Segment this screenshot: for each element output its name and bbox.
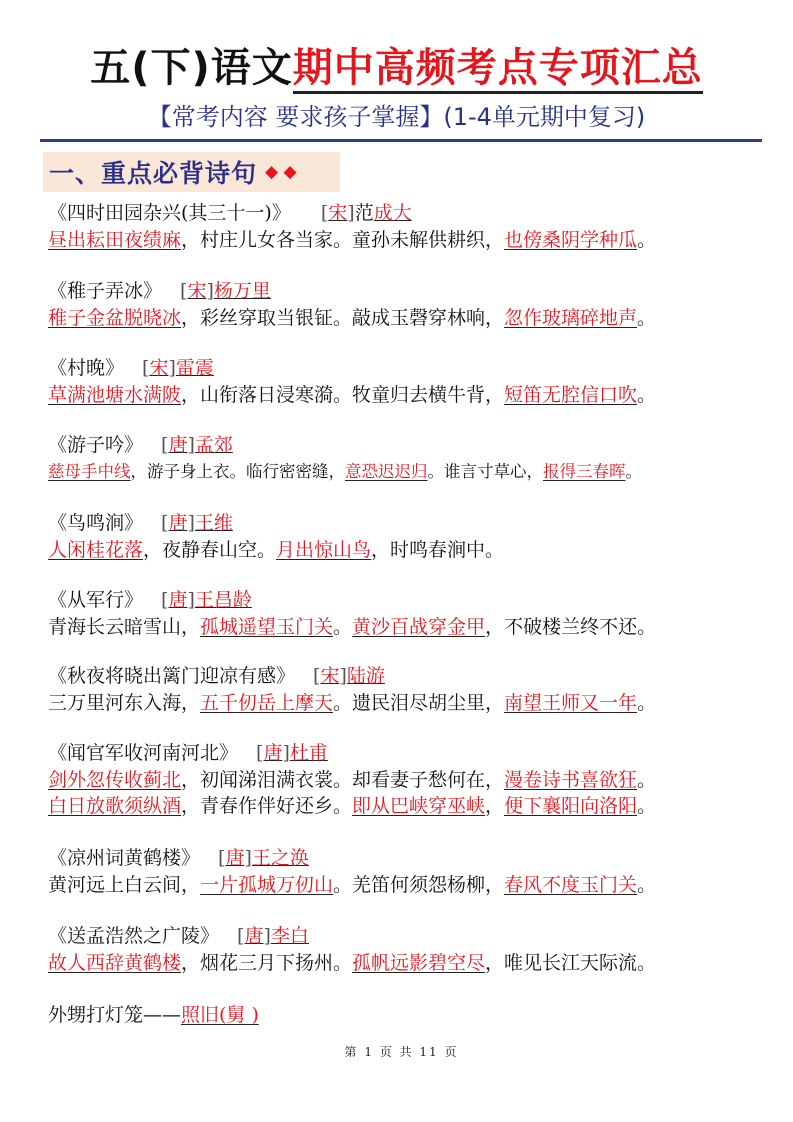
verse-text: 。 [333,616,352,638]
riddle-answer: 照旧(舅 ) [181,1004,259,1026]
title-topic: 期中高频考点专项汇总 [293,45,703,94]
key-verse: 漫卷诗书喜欲狂 [504,769,637,791]
verse-text: 。 [637,769,656,791]
poem-dynasty: 宋 [149,357,168,379]
poem-dynasty: 唐 [263,742,282,764]
key-verse: 故人西辞黄鹤楼 [48,952,181,974]
poem-line: 白日放歌须纵酒，青春作伴好还乡。即从巴峡穿巫峡，便下襄阳向洛阳。 [48,793,656,819]
verse-text: 。 [637,874,656,896]
poem-line: 青海长云暗雪山，孤城遥望玉门关。黄沙百战穿金甲，不破楼兰终不还。 [48,614,656,640]
key-verse: 春风不度玉门关 [504,874,637,896]
bracket: ] [347,202,354,224]
poem-line: 稚子金盆脱晓冰，彩丝穿取当银钲。敲成玉磬穿林响，忽作玻璃碎地声。 [48,305,656,331]
key-verse: 人闲桂花落 [48,539,143,561]
verse-text: ，夜静春山空。 [143,539,276,561]
key-verse: 月出惊山鸟 [276,539,371,561]
verse-text: 。 [637,229,656,251]
section-title: 一、重点必背诗句 [49,154,257,190]
page-subtitle: 【常考内容 要求孩子掌握】(1-4单元期中复习) [0,101,793,133]
riddle-question: 外甥打灯笼—— [48,1004,181,1026]
verse-text: ，村庄儿女各当家。童孙未解供耕织， [181,229,504,251]
poem-author: 陆游 [347,665,385,687]
key-verse: 也傍桑阴学种瓜 [504,229,637,251]
poem-author: 杜甫 [290,742,328,764]
poem-entry: 《稚子弄冰》[宋]杨万里稚子金盆脱晓冰，彩丝穿取当银钲。敲成玉磬穿林响，忽作玻璃… [48,278,656,331]
verse-text: ，时鸣春涧中。 [371,539,504,561]
bracket: ] [187,434,194,456]
key-verse: 报得三春晖 [543,462,626,481]
poem-entry: 《闻官军收河南河北》[唐]杜甫剑外忽传收蓟北，初闻涕泪满衣裳。却看妻子愁何在，漫… [48,740,656,819]
poem-title: 《闻官军收河南河北》 [48,742,238,764]
poem-heading: 《四时田园杂兴(其三十一)》[宋]范成大 [48,200,656,227]
poem-heading: 《从军行》[唐]王昌龄 [48,587,656,614]
poem-author: 王之涣 [252,847,309,869]
poem-entry: 《从军行》[唐]王昌龄青海长云暗雪山，孤城遥望玉门关。黄沙百战穿金甲，不破楼兰终… [48,587,656,640]
verse-text: ，青春作伴好还乡。 [181,795,352,817]
poem-heading: 《鸟鸣涧》[唐]王维 [48,510,504,537]
key-verse: 昼出耘田夜绩麻 [48,229,181,251]
poem-heading: 《村晚》[宋]雷震 [48,355,656,382]
verse-text: 。遗民泪尽胡尘里， [333,692,504,714]
bracket: ] [187,512,194,534]
poem-author: 王昌龄 [195,589,252,611]
verse-text: 。 [626,462,643,481]
poem-title: 《凉州词黄鹤楼》 [48,847,200,869]
poem-line: 黄河远上白云间，一片孤城万仞山。羌笛何须怨杨柳，春风不度玉门关。 [48,872,656,898]
poem-title: 《稚子弄冰》 [48,280,162,302]
poem-author-surname: 范 [355,202,374,224]
bracket: ] [168,357,175,379]
poem-entry: 《游子吟》[唐]孟郊慈母手中线，游子身上衣。临行密密缝，意恐迟迟归。谁言寸草心，… [48,432,642,485]
key-verse: 草满池塘水满陂 [48,384,181,406]
poem-dynasty: 唐 [244,925,263,947]
key-verse: 孤帆远影碧空尽 [352,952,485,974]
poem-title: 《四时田园杂兴(其三十一)》 [48,202,291,224]
poem-author: 王维 [195,512,233,534]
poem-heading: 《凉州词黄鹤楼》[唐]王之涣 [48,845,656,872]
bracket: ] [282,742,289,764]
key-verse: 南望王师又一年 [504,692,637,714]
key-verse: 一片孤城万仞山 [200,874,333,896]
verse-text: ， [485,795,504,817]
poem-line: 慈母手中线，游子身上衣。临行密密缝，意恐迟迟归。谁言寸草心，报得三春晖。 [48,459,642,485]
verse-text: 黄河远上白云间， [48,874,200,896]
title-divider [40,139,762,142]
key-verse: 短笛无腔信口吹 [504,384,637,406]
poem-title: 《村晚》 [48,357,124,379]
key-verse: 孤城遥望玉门关 [200,616,333,638]
poem-line: 人闲桂花落，夜静春山空。月出惊山鸟，时鸣春涧中。 [48,537,504,563]
poem-line: 昼出耘田夜绩麻，村庄儿女各当家。童孙未解供耕织，也傍桑阴学种瓜。 [48,227,656,253]
poem-heading: 《送孟浩然之广陵》[唐]李白 [48,923,656,950]
verse-text: 。 [637,692,656,714]
verse-text: 。 [637,795,656,817]
poem-dynasty: 宋 [187,280,206,302]
poem-entry: 《四时田园杂兴(其三十一)》[宋]范成大昼出耘田夜绩麻，村庄儿女各当家。童孙未解… [48,200,656,253]
bracket: ] [206,280,213,302]
poem-entry: 《凉州词黄鹤楼》[唐]王之涣黄河远上白云间，一片孤城万仞山。羌笛何须怨杨柳，春风… [48,845,656,898]
poem-title: 《鸟鸣涧》 [48,512,143,534]
key-verse: 忽作玻璃碎地声 [504,307,637,329]
poem-author: 孟郊 [195,434,233,456]
poem-entry: 《秋夜将晓出篱门迎凉有感》[宋]陆游三万里河东入海，五千仞岳上摩天。遗民泪尽胡尘… [48,663,656,716]
verse-text: ，不破楼兰终不还。 [485,616,656,638]
poem-heading: 《秋夜将晓出篱门迎凉有感》[宋]陆游 [48,663,656,690]
poem-author: 成大 [374,202,412,224]
poem-dynasty: 宋 [320,665,339,687]
section-heading: 一、重点必背诗句 ◆ ◆ [43,152,340,192]
verse-text: ，初闻涕泪满衣裳。却看妻子愁何在， [181,769,504,791]
poem-title: 《秋夜将晓出篱门迎凉有感》 [48,665,295,687]
poem-line: 故人西辞黄鹤楼，烟花三月下扬州。孤帆远影碧空尽，唯见长江天际流。 [48,950,656,976]
verse-text: 。谁言寸草心， [428,462,544,481]
verse-text: 。 [637,384,656,406]
verse-text: ，唯见长江天际流。 [485,952,656,974]
poem-dynasty: 唐 [225,847,244,869]
verse-text: ，烟花三月下扬州。 [181,952,352,974]
poem-heading: 《稚子弄冰》[宋]杨万里 [48,278,656,305]
verse-text: 青海长云暗雪山， [48,616,200,638]
poem-dynasty: 唐 [168,434,187,456]
title-grade: 五(下)语文 [90,45,293,91]
poem-entry: 《送孟浩然之广陵》[唐]李白故人西辞黄鹤楼，烟花三月下扬州。孤帆远影碧空尽，唯见… [48,923,656,976]
poem-heading: 《游子吟》[唐]孟郊 [48,432,642,459]
poem-entry: 《鸟鸣涧》[唐]王维人闲桂花落，夜静春山空。月出惊山鸟，时鸣春涧中。 [48,510,504,563]
key-verse: 慈母手中线 [48,462,131,481]
verse-text: 三万里河东入海， [48,692,200,714]
poem-entry: 《村晚》[宋]雷震草满池塘水满陂，山衔落日浸寒漪。牧童归去横牛背，短笛无腔信口吹… [48,355,656,408]
page-title: 五(下)语文期中高频考点专项汇总 [0,42,793,94]
verse-text: 。 [637,307,656,329]
poem-title: 《送孟浩然之广陵》 [48,925,219,947]
key-verse: 意恐迟迟归 [345,462,428,481]
diamond-icon: ◆ ◆ [265,162,297,182]
riddle: 外甥打灯笼——照旧(舅 ) [48,1000,768,1028]
key-verse: 便下襄阳向洛阳 [504,795,637,817]
page-number: 第 1 页 共 11 页 [0,1043,793,1060]
key-verse: 即从巴峡穿巫峡 [352,795,485,817]
poem-author: 杨万里 [214,280,271,302]
key-verse: 稚子金盆脱晓冰 [48,307,181,329]
verse-text: ，游子身上衣。临行密密缝， [131,462,346,481]
verse-text: 。羌笛何须怨杨柳， [333,874,504,896]
bracket: ] [244,847,251,869]
bracket: ] [187,589,194,611]
poem-line: 三万里河东入海，五千仞岳上摩天。遗民泪尽胡尘里，南望王师又一年。 [48,690,656,716]
key-verse: 五千仞岳上摩天 [200,692,333,714]
key-verse: 白日放歌须纵酒 [48,795,181,817]
poem-dynasty: 唐 [168,589,187,611]
poem-dynasty: 宋 [328,202,347,224]
poem-author: 雷震 [176,357,214,379]
poem-title: 《游子吟》 [48,434,143,456]
bracket: ] [263,925,270,947]
key-verse: 黄沙百战穿金甲 [352,616,485,638]
poem-line: 剑外忽传收蓟北，初闻涕泪满衣裳。却看妻子愁何在，漫卷诗书喜欲狂。 [48,767,656,793]
poem-title: 《从军行》 [48,589,143,611]
poem-author: 李白 [271,925,309,947]
key-verse: 剑外忽传收蓟北 [48,769,181,791]
poem-dynasty: 唐 [168,512,187,534]
bracket: ] [339,665,346,687]
poem-line: 草满池塘水满陂，山衔落日浸寒漪。牧童归去横牛背，短笛无腔信口吹。 [48,382,656,408]
poem-heading: 《闻官军收河南河北》[唐]杜甫 [48,740,656,767]
verse-text: ，山衔落日浸寒漪。牧童归去横牛背， [181,384,504,406]
verse-text: ，彩丝穿取当银钲。敲成玉磬穿林响， [181,307,504,329]
